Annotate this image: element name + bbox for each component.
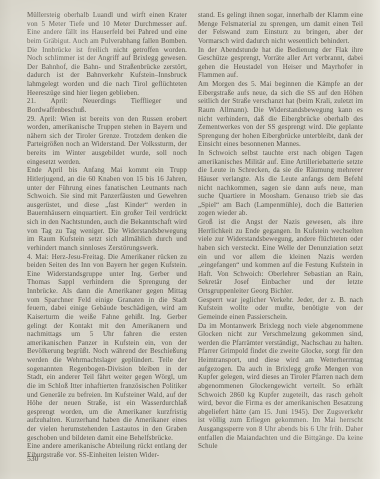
paragraph: Ende April bis Anfang Mai kommt ein Trup… <box>27 166 187 252</box>
two-column-text: Müllersteig oberhalb Luandl und wirft ei… <box>27 11 363 460</box>
paragraph: Am Morgen des 5. Mai beginnen die Kämpfe… <box>198 80 363 149</box>
paragraph: Gesperrt war jeglicher Verkehr. Jeder, d… <box>198 296 363 322</box>
paragraph: 4. Mai: Herz-Jesu-Freitag. Die Amerikane… <box>27 253 187 443</box>
paragraph: Eine andere amerikanische Abteilung rück… <box>27 442 187 459</box>
paragraph: Da im Montanwerk Brixlegg noch viele abg… <box>198 322 363 451</box>
paragraph: stand. Es gelingt ihnen sogar, innerhalb… <box>198 11 363 46</box>
paragraph: In Schwoich selbst tauchte erst nach obi… <box>198 149 363 218</box>
right-column: stand. Es gelingt ihnen sogar, innerhalb… <box>198 11 363 460</box>
paragraph: In der Abendstunde hat die Bedienung der… <box>198 46 363 81</box>
paragraph: Groß ist die Angst der Nazis gewesen, al… <box>198 218 363 296</box>
paragraph: 29. April: Wien ist bereits von den Russ… <box>27 115 187 167</box>
page-number: 530 <box>27 454 38 463</box>
paragraph: 21. April: Neuerdings Tiefflieger und Bo… <box>27 97 187 114</box>
paragraph: Müllersteig oberhalb Luandl und wirft ei… <box>27 11 187 97</box>
left-column: Müllersteig oberhalb Luandl und wirft ei… <box>27 11 187 460</box>
scanned-book-page: Müllersteig oberhalb Luandl und wirft ei… <box>0 0 380 479</box>
